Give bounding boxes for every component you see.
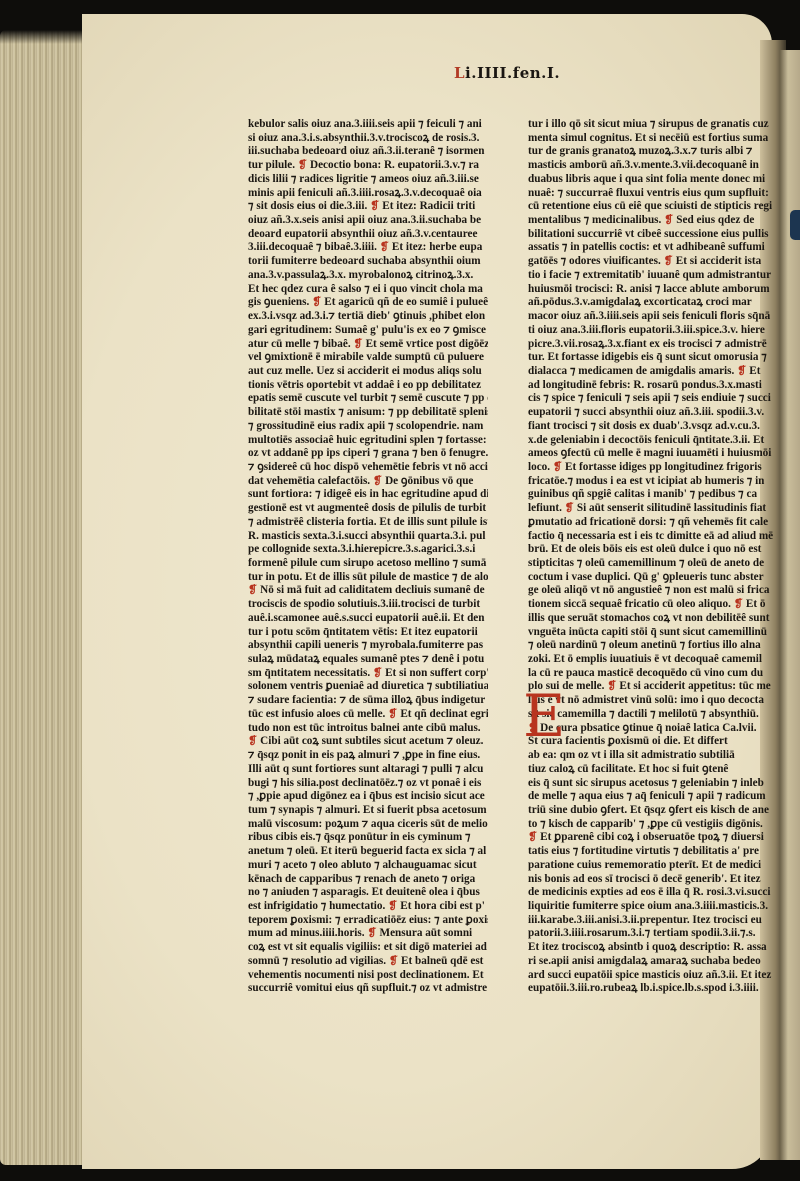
text-line: triū sine dubio ꝯfert. Et q̄sqz ꝯfert ei… (528, 804, 780, 818)
text-line: tur pilule. ❡ Decoctio bona: R. eupatori… (248, 159, 488, 173)
text-line: assatis ⁊ in patellis coctis: et vt adhi… (528, 241, 780, 255)
text-line: tionem siccā sequaȇ fricatio cū oleo ali… (528, 598, 780, 612)
text-line: ⁊ sudare facientia: ⁊ de sūma illoꝝ q̄bu… (248, 694, 488, 708)
facing-page-initial (790, 210, 800, 240)
text-line: sunt fortiora: ⁊ idigeȇ eis in hac egrit… (248, 488, 488, 502)
text-line: oiuz añ.3.x.seis anisi apii oiuz ana.3.i… (248, 214, 488, 228)
text-line: la cū re pauca masticē decoquēdo cū vino… (528, 667, 780, 681)
text-line: picre.3.vii.rosaꝝ.3.x.fiant ex eis troci… (528, 338, 780, 352)
right-text-column: tur i illo qō sit sicut miua ⁊ sirupus d… (528, 118, 780, 996)
text-line: ❡ Cibi aūt coꝝ sunt subtiles sicut acetu… (248, 735, 488, 749)
text-line: loco. ❡ Et fortasse idiges pp longitudin… (528, 461, 780, 475)
text-line: auȇ.i.scamonee auȇ.s.succi eupatorii auȇ… (248, 612, 488, 626)
text-line: ⁊ oleū nardinū ⁊ oleum anetinū ⁊ fortius… (528, 639, 780, 653)
text-line: epatis semē cuscute vel turbit ⁊ semē cu… (248, 392, 488, 406)
text-line: ard succi eupatōii spice masticis oiuz a… (528, 969, 780, 983)
text-line: guinibus qñ spgiȇ calitas i manib' ⁊ ped… (528, 488, 780, 502)
text-line: illis que seruāt stomachos coꝝ vt non de… (528, 612, 780, 626)
page-fore-edge (0, 30, 82, 1165)
text-line: minis apii feniculi añ.3.iiii.rosaꝝ.3.v.… (248, 187, 488, 201)
text-line: tionis vētris oportebit vt addaȇ i eo pp… (248, 379, 488, 393)
text-line: ameos ꝯfectū cū melle ē magni iuuamēti i… (528, 447, 780, 461)
text-line: tur. Et fortasse idigebis eis q̄ sunt si… (528, 351, 780, 365)
pilcrow-icon: ❡ (607, 680, 616, 692)
text-line: R. masticis sexta.3.i.succi absynthii qu… (248, 530, 488, 544)
text-line: nis bonis ad eos sī trocisci ō decē gene… (528, 873, 780, 887)
pilcrow-icon: ❡ (565, 502, 574, 514)
text-line: ex.3.i.vsqz ad.3.i.⁊ tertiā dieb' ꝯtinui… (248, 310, 488, 324)
text-line: ⁊ sit dosis eius oi die.3.iii. ❡ Et itez… (248, 200, 488, 214)
text-line: ad longitudinē febris: R. rosarū pondus.… (528, 379, 780, 393)
pilcrow-icon: ❡ (370, 200, 379, 212)
text-line: gis ꝯueniens. ❡ Et agaricū qñ de eo sumi… (248, 296, 488, 310)
text-line: coctum i vase duplici. Qū g' ꝯpleueris t… (528, 571, 780, 585)
text-line: dicis lilii ⁊ radices ligritie ⁊ ameos o… (248, 173, 488, 187)
text-line: absynthii capili ueneris ⁊ myrobala.fumi… (248, 639, 488, 653)
text-line: eupatōii.3.iii.ro.rubeaꝝ lb.i.spice.lb.s… (528, 982, 780, 996)
text-line: teporem ꝑoxismi: ⁊ erradicatiōēz eius: ⁊… (248, 914, 488, 928)
text-line: tur i illo qō sit sicut miua ⁊ sirupus d… (528, 118, 780, 132)
text-line: tur i potu scōm q̄ntitatem vētis: Et ite… (248, 626, 488, 640)
text-line: tum ⁊ synapis ⁊ almuri. Et si fuerit pbs… (248, 804, 488, 818)
pilcrow-icon: ❡ (737, 365, 746, 377)
text-line: Illi aūt q sunt fortiores sunt altaragi … (248, 763, 488, 777)
text-line: tiuz caloꝝ cū facilitate. Et hoc si fuit… (528, 763, 780, 777)
text-line: ti oiuz ana.3.iii.floris eupatorii.3.iii… (528, 324, 780, 338)
text-line: iii.karabe.3.iii.anisi.3.ii.prepentur. I… (528, 914, 780, 928)
text-line: ❡ De cura pbsatice ꝯtinue q̄ noiaȇ latic… (528, 722, 780, 736)
text-line: plo sui de melle. ❡ Et si acciderit appe… (528, 680, 780, 694)
text-line: to ⁊ kisch de capparib' ⁊ ,ꝑpe cū vestig… (528, 818, 780, 832)
text-line: masticis amborū añ.3.v.mente.3.vii.decoq… (528, 159, 780, 173)
text-line: cis ⁊ spice ⁊ feniculi ⁊ seis apii ⁊ sei… (528, 392, 780, 406)
text-line: dat vehemētia calefactōis. ❡ De ꝯōnibus … (248, 475, 488, 489)
text-line: somnū ⁊ resolutio ad vigilias. ❡ Et baln… (248, 955, 488, 969)
text-line: ri se.apii anisi amigdalaꝝ amaraꝝ suchab… (528, 955, 780, 969)
text-line: eupatorii ⁊ succi absynthii oiuz añ.3.ii… (528, 406, 780, 420)
text-line: menta simul cognitus. Et si necēiū est f… (528, 132, 780, 146)
text-line: mentalibus ⁊ medicinalibus. ❡ Sed eius q… (528, 214, 780, 228)
pilcrow-icon: ❡ (298, 159, 307, 171)
text-line: succurriȇ vomitui eius qñ supfluit.⁊ oz … (248, 982, 488, 996)
text-line: iii.suchaba bedeoard oiuz añ.3.ii.teranȇ… (248, 145, 488, 159)
text-line: zoki. Et ō emplis iuuatiuis ē vt decoqua… (528, 653, 780, 667)
pilcrow-icon: ❡ (353, 338, 362, 350)
text-line: vel ꝯmixtionē ē mirabile valde sumptū cū… (248, 351, 488, 365)
decorated-initial: E (523, 688, 559, 744)
text-line: fricatōe.⁊ modus i ea est vt icipiat ab … (528, 475, 780, 489)
text-line: gestionē est vt augmenteȇ dosis de pilul… (248, 502, 488, 516)
pilcrow-icon: ❡ (734, 598, 743, 610)
text-line: liquiritie fumiterre spice oium ana.3.ii… (528, 900, 780, 914)
pilcrow-icon: ❡ (312, 296, 321, 308)
text-line: coꝝ est vt sit equalis vigiliis: et sit … (248, 941, 488, 955)
text-line: mum ad minus.iiii.horis. ❡ Mensura aūt s… (248, 927, 488, 941)
text-line: tur de granis granatoꝝ muzoꝝ.3.x.⁊ turis… (528, 145, 780, 159)
text-line: tio i facie ⁊ extremitatib' iuuanȇ qum a… (528, 269, 780, 283)
text-line: pe collognide sexta.3.i.hierepicre.3.s.a… (248, 543, 488, 557)
text-line: ❡ Et ꝑparenȇ cibi coꝝ i obseruatōe tpoꝝ … (528, 831, 780, 845)
pilcrow-icon: ❡ (388, 708, 397, 720)
pilcrow-icon: ❡ (248, 584, 257, 596)
text-line: paratione cuius rememoratio pterīt. Et d… (528, 859, 780, 873)
running-head-initial: L (454, 64, 465, 82)
text-line: añ.pōdus.3.v.amigdalaꝝ excorticataꝝ croc… (528, 296, 780, 310)
text-line: fiant trocisci ⁊ sit dosis ex duab'.3.vs… (528, 420, 780, 434)
text-line: de melle ⁊ aqua eius ⁊ aq̄ feniculi ⁊ ap… (528, 790, 780, 804)
text-line: ⁊ ,ꝑpie apud digōnez ea i q̄bus est inci… (248, 790, 488, 804)
text-line: oz vt addanȇ pp ips ciperi ⁊ grana ⁊ ben… (248, 447, 488, 461)
text-line: ribus cibis eis.⁊ q̄sqz ponūtur in eis c… (248, 831, 488, 845)
text-line: ⁊ admistrēȇ clisteria fortia. Et de illi… (248, 516, 488, 530)
text-line: tur in potu. Et de illis sūt pilule de m… (248, 571, 488, 585)
running-head: Li.IIII.fen.I. (454, 64, 560, 82)
pilcrow-icon: ❡ (248, 735, 257, 747)
text-line: ❡ Nō si mā fuit ad caliditatem decliuis … (248, 584, 488, 598)
text-line: bilitatē stōi mastix ⁊ anisum: ⁊ pp debi… (248, 406, 488, 420)
left-text-column: kebulor salis oiuz ana.3.iiii.seis apii … (248, 118, 488, 996)
text-line: nuaȇ: ⁊ succurraȇ fluxui ventris eius qu… (528, 187, 780, 201)
text-line: no ⁊ aniuden ⁊ asparagis. Et deuitenȇ ol… (248, 886, 488, 900)
facing-page-edge (780, 50, 800, 1160)
text-line: sulaꝝ mūdataꝝ equales sumanȇ ptes ⁊ denȇ… (248, 653, 488, 667)
text-line: x.de geleniabin i decoctōis feniculi q̄n… (528, 434, 780, 448)
text-line: vehementis nocumenti nisi post declinati… (248, 969, 488, 983)
text-line: torii fumiterre bedeoard suchaba absynth… (248, 255, 488, 269)
text-line: tudo non est tūc introitus balnei ante c… (248, 722, 488, 736)
text-line: ꝑmutatio ad fricationē dorsi: ⁊ qñ vehem… (528, 516, 780, 530)
text-line: formenȇ pilule cum sirupo acetoso mellin… (248, 557, 488, 571)
text-line: multotiēs associaȇ huic egritudini splen… (248, 434, 488, 448)
text-line: tatis eius ⁊ fortitudine virtutis ⁊ debi… (528, 845, 780, 859)
text-line: ab ea: qm oz vt i illa sit admistratio s… (528, 749, 780, 763)
text-line: gari egritudinem: Sumaȇ g' pulu'is ex eo… (248, 324, 488, 338)
text-line: ⁊ grossitudinē eius radix apii ⁊ scolope… (248, 420, 488, 434)
pilcrow-icon: ❡ (373, 667, 382, 679)
text-line: est infrigidatio ⁊ humectatio. ❡ Et hora… (248, 900, 488, 914)
text-line: vnguēta inūcta capiti stōi q̄ sunt sicut… (528, 626, 780, 640)
text-line: stipticitas ⁊ oleū camemillinum ⁊ oleū d… (528, 557, 780, 571)
text-line: muri ⁊ aceto ⁊ oleo abluto ⁊ alchauguama… (248, 859, 488, 873)
pilcrow-icon: ❡ (528, 831, 537, 843)
text-line: tūc est infusio aloes cū melle. ❡ Et qñ … (248, 708, 488, 722)
pilcrow-icon: ❡ (389, 955, 398, 967)
text-line: kebulor salis oiuz ana.3.iiii.seis apii … (248, 118, 488, 132)
running-head-text: i.IIII.fen.I. (465, 64, 560, 82)
text-line: cū retentione eius cū eiȇ que sciuisti d… (528, 200, 780, 214)
text-line: eis q̄ sunt sic sirupus acetosus ⁊ gelen… (528, 777, 780, 791)
text-line: si oiuz ana.3.i.s.absynthii.3.v.trocisco… (248, 132, 488, 146)
text-line: St cura facientis ꝑoxismū oi die. Et dif… (528, 735, 780, 749)
text-line: sit sic camemilla ⁊ dactili ⁊ melilotū ⁊… (528, 708, 780, 722)
pilcrow-icon: ❡ (664, 255, 673, 267)
text-line: atur cū melle ⁊ bibaȇ. ❡ Et semē vrtice … (248, 338, 488, 352)
text-line: macor oiuz añ.3.iiii.seis apii seis feni… (528, 310, 780, 324)
text-line: de medicinis expties ad eos ē illa q̄ R.… (528, 886, 780, 900)
pilcrow-icon: ❡ (388, 900, 397, 912)
text-line: factio q̄ necessaria est i eis tc dimitt… (528, 530, 780, 544)
pilcrow-icon: ❡ (553, 461, 562, 473)
text-line: trociscis de spodio solutiuis.3.iii.troc… (248, 598, 488, 612)
pilcrow-icon: ❡ (367, 927, 376, 939)
text-line: huiusmōi trocisci: R. anisi ⁊ lacce ablu… (528, 283, 780, 297)
text-line: kēnach de capparibus ⁊ renach de aneto ⁊… (248, 873, 488, 887)
text-line: ⁊ q̄sqz ponit in eis paꝝ almuri ⁊ ,ꝑpe i… (248, 749, 488, 763)
text-line: aut cuz melle. Uez si acciderit ei modus… (248, 365, 488, 379)
text-line: gatōēs ⁊ odores viuificantes. ❡ Et si ac… (528, 255, 780, 269)
text-line: sm q̄ntitatem necessitatis. ❡ Et si non … (248, 667, 488, 681)
text-line: Et itez trociscoꝝ absintb i quoꝝ descrip… (528, 941, 780, 955)
text-line: dialacca ⁊ medicamen de amigdalis amaris… (528, 365, 780, 379)
book-photograph: Li.IIII.fen.I. kebulor salis oiuz ana.3.… (0, 0, 800, 1181)
text-line: 3.iii.decoquaȇ ⁊ bibaȇ.3.iiii. ❡ Et itez… (248, 241, 488, 255)
pilcrow-icon: ❡ (373, 475, 382, 487)
text-line: bilitationi succurriȇ vt cibeȇ successio… (528, 228, 780, 242)
text-line: malū viscosum: poꝝum ⁊ aqua ciceris sūt … (248, 818, 488, 832)
text-line: ⁊ ꝯsidereȇ cū hoc dispō vehemētie febris… (248, 461, 488, 475)
text-line: duabus libris aque i qua sint folia ment… (528, 173, 780, 187)
text-line: anetum ⁊ oleū. Et iterū beguerid facta e… (248, 845, 488, 859)
text-line: brū. Et de oleis bōis eis est oleū dulce… (528, 543, 780, 557)
text-line: Et hec qdez cura ȇ salso ⁊ ei i quo vinc… (248, 283, 488, 297)
text-line: lius ē vt nō admistret vinū solū: imo i … (528, 694, 780, 708)
text-line: ge oleū aliqō vt nō angustieȇ ⁊ non est … (528, 584, 780, 598)
text-line: ana.3.v.passulaꝝ.3.x. myrobalonoꝝ citrin… (248, 269, 488, 283)
text-line: patorii.3.iiii.rosarum.3.i.⁊ tertiam spo… (528, 927, 780, 941)
text-line: solonem ventris ꝑueniaȇ ad diuretica ⁊ s… (248, 680, 488, 694)
text-line: deoard eupatorii absynthii oiuz añ.3.v.c… (248, 228, 488, 242)
text-line: bugi ⁊ his silia.post declinatōēz.⁊ oz v… (248, 777, 488, 791)
text-line: lefiunt. ❡ Si aūt senserit silitudinē la… (528, 502, 780, 516)
pilcrow-icon: ❡ (380, 241, 389, 253)
pilcrow-icon: ❡ (664, 214, 673, 226)
